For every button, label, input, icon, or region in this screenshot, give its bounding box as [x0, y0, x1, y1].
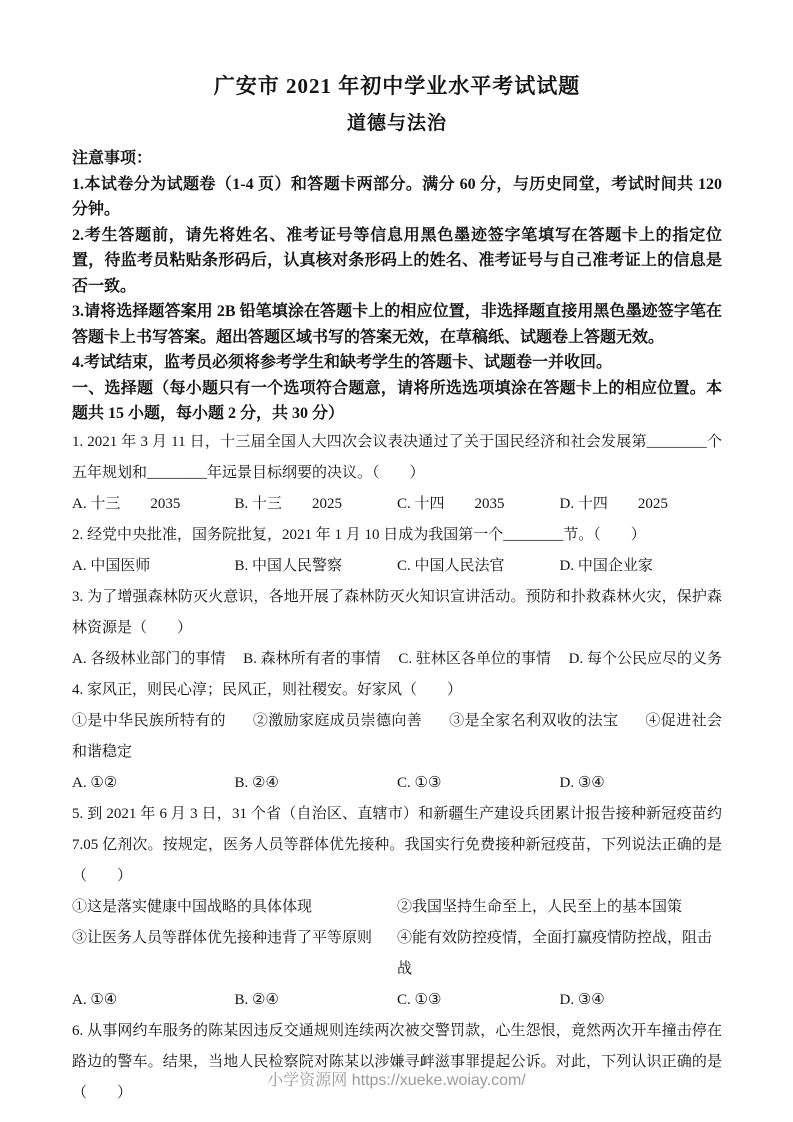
question-2-stem: 2. 经党中央批准，国务院批复，2021 年 1 月 10 日成为我国第一个__… [72, 520, 722, 551]
question-3-option-b: B. 森林所有者的事情 [243, 644, 381, 675]
question-3-options: A. 各级林业部门的事情 B. 森林所有者的事情 C. 驻林区各单位的事情 D.… [72, 644, 722, 675]
question-1-option-b: B. 十三 2025 [235, 489, 398, 520]
question-2-option-d: D. 中国企业家 [560, 551, 723, 582]
page-title: 广安市 2021 年初中学业水平考试试题 [72, 73, 722, 99]
question-4: 4. 家风正，则民心淳；民风正，则社稷安。好家风（ ） ①是中华民族所特有的②激… [72, 675, 722, 799]
question-3-option-c: C. 驻林区各单位的事情 [398, 644, 551, 675]
notice-item-2: 2.考生答题前，请先将姓名、准考证号等信息用黑色墨迹签字笔填写在答题卡上的指定位… [72, 223, 722, 300]
question-5-option-c: C. ①③ [397, 985, 560, 1016]
question-5-sub-option-3: ③让医务人员等群体优先接种违背了平等原则 [72, 923, 397, 985]
question-2-options: A. 中国医师 B. 中国人民警察 C. 中国人民法官 D. 中国企业家 [72, 551, 722, 582]
question-5-sub-option-2: ②我国坚持生命至上，人民至上的基本国策 [397, 892, 722, 923]
question-4-sub-option-3: ③是全家名利双收的法宝 [449, 713, 618, 729]
question-5-option-a: A. ①④ [72, 985, 235, 1016]
question-5-option-b: B. ②④ [235, 985, 398, 1016]
footer-site-name: 小学资源网 [267, 1072, 347, 1089]
footer-site-url: https://xueke.woiay.com/ [352, 1072, 526, 1089]
question-5-stem: 5. 到 2021 年 6 月 3 日，31 个省（自治区、直辖市）和新疆生产建… [72, 799, 722, 892]
question-1-option-c: C. 十四 2035 [397, 489, 560, 520]
question-3-option-a: A. 各级林业部门的事情 [72, 644, 225, 675]
question-5-option-d: D. ③④ [560, 985, 723, 1016]
question-4-sub-option-1: ①是中华民族所特有的 [72, 713, 226, 729]
notice-section: 注意事项： 1.本试卷分为试题卷（1-4 页）和答题卡两部分。满分 60 分，与… [72, 146, 722, 427]
question-4-option-d: D. ③④ [560, 768, 723, 799]
question-5-sub-options: ①这是落实健康中国战略的具体体现 ②我国坚持生命至上，人民至上的基本国策 ③让医… [72, 892, 722, 985]
notice-item-1: 1.本试卷分为试题卷（1-4 页）和答题卡两部分。满分 60 分，与历史同堂，考… [72, 172, 722, 223]
question-1-stem: 1. 2021 年 3 月 11 日，十三届全国人大四次会议表决通过了关于国民经… [72, 427, 722, 489]
section-one-heading: 一、选择题（每小题只有一个选项符合题意，请将所选选项填涂在答题卡上的相应位置。本… [72, 376, 722, 427]
multiple-choice-questions: 1. 2021 年 3 月 11 日，十三届全国人大四次会议表决通过了关于国民经… [72, 427, 722, 1109]
question-1-option-a: A. 十三 2035 [72, 489, 235, 520]
question-4-stem: 4. 家风正，则民心淳；民风正，则社稷安。好家风（ ） [72, 675, 722, 706]
question-4-options: A. ①② B. ②④ C. ①③ D. ③④ [72, 768, 722, 799]
question-4-option-b: B. ②④ [235, 768, 398, 799]
notice-heading: 注意事项： [72, 146, 722, 172]
question-2-option-c: C. 中国人民法官 [397, 551, 560, 582]
footer-watermark: 小学资源网 https://xueke.woiay.com/ [0, 1067, 793, 1090]
question-5-sub-option-4: ④能有效防控疫情，全面打赢疫情防控战，阻击战 [397, 923, 722, 985]
question-2-option-a: A. 中国医师 [72, 551, 235, 582]
question-3: 3. 为了增强森林防灭火意识，各地开展了森林防灭火知识宣讲活动。预防和扑救森林火… [72, 582, 722, 675]
exam-paper-page: 广安市 2021 年初中学业水平考试试题 道德与法治 注意事项： 1.本试卷分为… [0, 0, 793, 1109]
question-4-option-a: A. ①② [72, 768, 235, 799]
question-5-sub-option-1: ①这是落实健康中国战略的具体体现 [72, 892, 397, 923]
notice-item-3: 3.请将选择题答案用 2B 铅笔填涂在答题卡上的相应位置，非选择题直接用黑色墨迹… [72, 299, 722, 350]
subject-title: 道德与法治 [72, 112, 722, 136]
question-2: 2. 经党中央批准，国务院批复，2021 年 1 月 10 日成为我国第一个__… [72, 520, 722, 582]
question-6: 6. 从事网约车服务的陈某因违反交通规则连续两次被交警罚款，心生怨恨，竟然两次开… [72, 1016, 722, 1109]
question-1-options: A. 十三 2035 B. 十三 2025 C. 十四 2035 D. 十四 2… [72, 489, 722, 520]
notice-item-4: 4.考试结束，监考员必须将参考学生和缺考学生的答题卡、试题卷一并收回。 [72, 350, 722, 376]
question-1: 1. 2021 年 3 月 11 日，十三届全国人大四次会议表决通过了关于国民经… [72, 427, 722, 520]
question-1-option-d: D. 十四 2025 [560, 489, 723, 520]
question-4-option-c: C. ①③ [397, 768, 560, 799]
question-5-options: A. ①④ B. ②④ C. ①③ D. ③④ [72, 985, 722, 1016]
question-3-stem: 3. 为了增强森林防灭火意识，各地开展了森林防灭火知识宣讲活动。预防和扑救森林火… [72, 582, 722, 644]
question-5: 5. 到 2021 年 6 月 3 日，31 个省（自治区、直辖市）和新疆生产建… [72, 799, 722, 1016]
question-3-option-d: D. 每个公民应尽的义务 [569, 644, 722, 675]
question-2-option-b: B. 中国人民警察 [235, 551, 398, 582]
question-4-sub-options: ①是中华民族所特有的②激励家庭成员崇德向善③是全家名利双收的法宝④促进社会和谐稳… [72, 706, 722, 768]
question-6-stem: 6. 从事网约车服务的陈某因违反交通规则连续两次被交警罚款，心生怨恨，竟然两次开… [72, 1016, 722, 1109]
question-4-sub-option-2: ②激励家庭成员崇德向善 [253, 713, 422, 729]
